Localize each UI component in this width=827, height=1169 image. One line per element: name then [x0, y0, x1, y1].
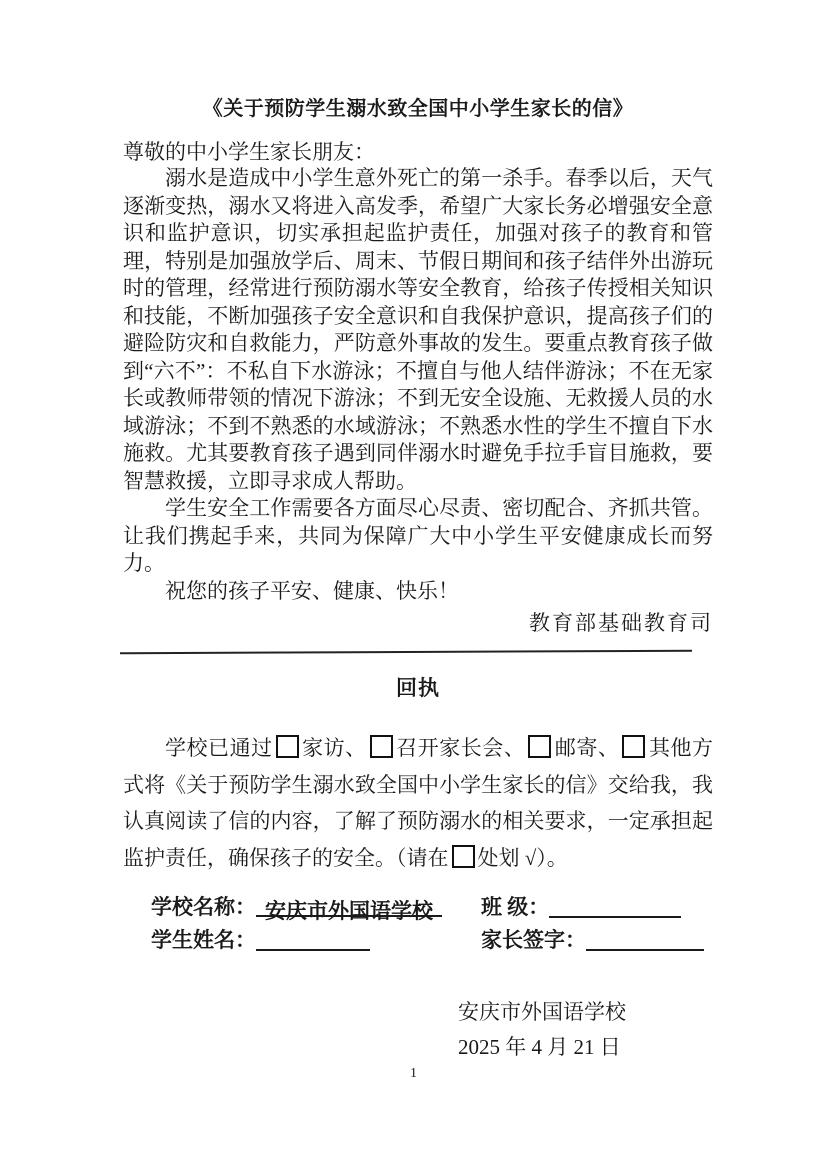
- checkbox-other-method[interactable]: [622, 735, 645, 758]
- school-name-field: 学校名称：安庆市外国语学校: [151, 891, 481, 921]
- student-name-label: 学生姓名：: [151, 928, 256, 952]
- school-name-value: 安庆市外国语学校: [256, 895, 442, 917]
- student-name-blank-line: [256, 929, 370, 951]
- paragraph-main: 溺水是造成中小学生意外死亡的第一杀手。春季以后，天气逐渐变热，溺水又将进入高发季…: [123, 165, 713, 495]
- letter-title: 《关于预防学生溺水致全国中小学生家长的信》: [123, 92, 713, 121]
- class-blank-line: [549, 896, 681, 918]
- receipt-form: 学校名称：安庆市外国语学校 班 级： 学生姓名： 家长签字：: [151, 891, 713, 957]
- receipt-text-segment: 家访、: [302, 736, 367, 760]
- closing-date: 2025 年 4 月 21 日: [458, 1030, 626, 1065]
- receipt-text-segment: 召开家长会、: [396, 736, 526, 760]
- student-name-field: 学生姓名：: [151, 924, 481, 954]
- parent-signature-field: 家长签字：: [481, 924, 713, 954]
- form-row-1: 学校名称：安庆市外国语学校 班 级：: [151, 891, 713, 924]
- letter-body: 溺水是造成中小学生意外死亡的第一杀手。春季以后，天气逐渐变热，溺水又将进入高发季…: [123, 165, 713, 605]
- receipt-text-segment: 学校已通过: [165, 736, 273, 760]
- parent-signature-blank-line: [586, 929, 704, 951]
- checkbox-mail[interactable]: [528, 735, 551, 758]
- parent-signature-label: 家长签字：: [481, 928, 586, 952]
- receipt-heading: 回执: [123, 672, 713, 702]
- paragraph-cooperation: 学生安全工作需要各方面尽心尽责、密切配合、齐抓共管。让我们携起手来，共同为保障广…: [123, 495, 713, 578]
- checkbox-parent-meeting[interactable]: [370, 735, 393, 758]
- salutation: 尊敬的中小学生家长朋友：: [123, 139, 713, 166]
- paragraph-wish: 祝您的孩子平安、健康、快乐！: [123, 578, 713, 606]
- form-row-2: 学生姓名： 家长签字：: [151, 924, 713, 957]
- closing-block: 安庆市外国语学校 2025 年 4 月 21 日: [458, 995, 626, 1065]
- checkbox-tick-example[interactable]: [452, 845, 475, 868]
- checkbox-home-visit[interactable]: [276, 735, 299, 758]
- receipt-text-segment: 邮寄、: [554, 736, 619, 760]
- section-divider-line: [120, 650, 692, 654]
- receipt-text-segment: 处划 √）。: [478, 846, 568, 870]
- receipt-paragraph: 学校已通过家访、召开家长会、邮寄、其他方式将《关于预防学生溺水致全国中小学生家长…: [123, 730, 713, 876]
- document-page: 《关于预防学生溺水致全国中小学生家长的信》 尊敬的中小学生家长朋友： 溺水是造成…: [0, 0, 827, 1169]
- ministry-signature: 教育部基础教育司: [123, 607, 713, 637]
- page-number: 1: [0, 1066, 827, 1082]
- class-label: 班 级：: [481, 895, 549, 919]
- school-name-label: 学校名称：: [151, 895, 256, 919]
- closing-school-name: 安庆市外国语学校: [458, 995, 626, 1030]
- class-field: 班 级：: [481, 891, 713, 921]
